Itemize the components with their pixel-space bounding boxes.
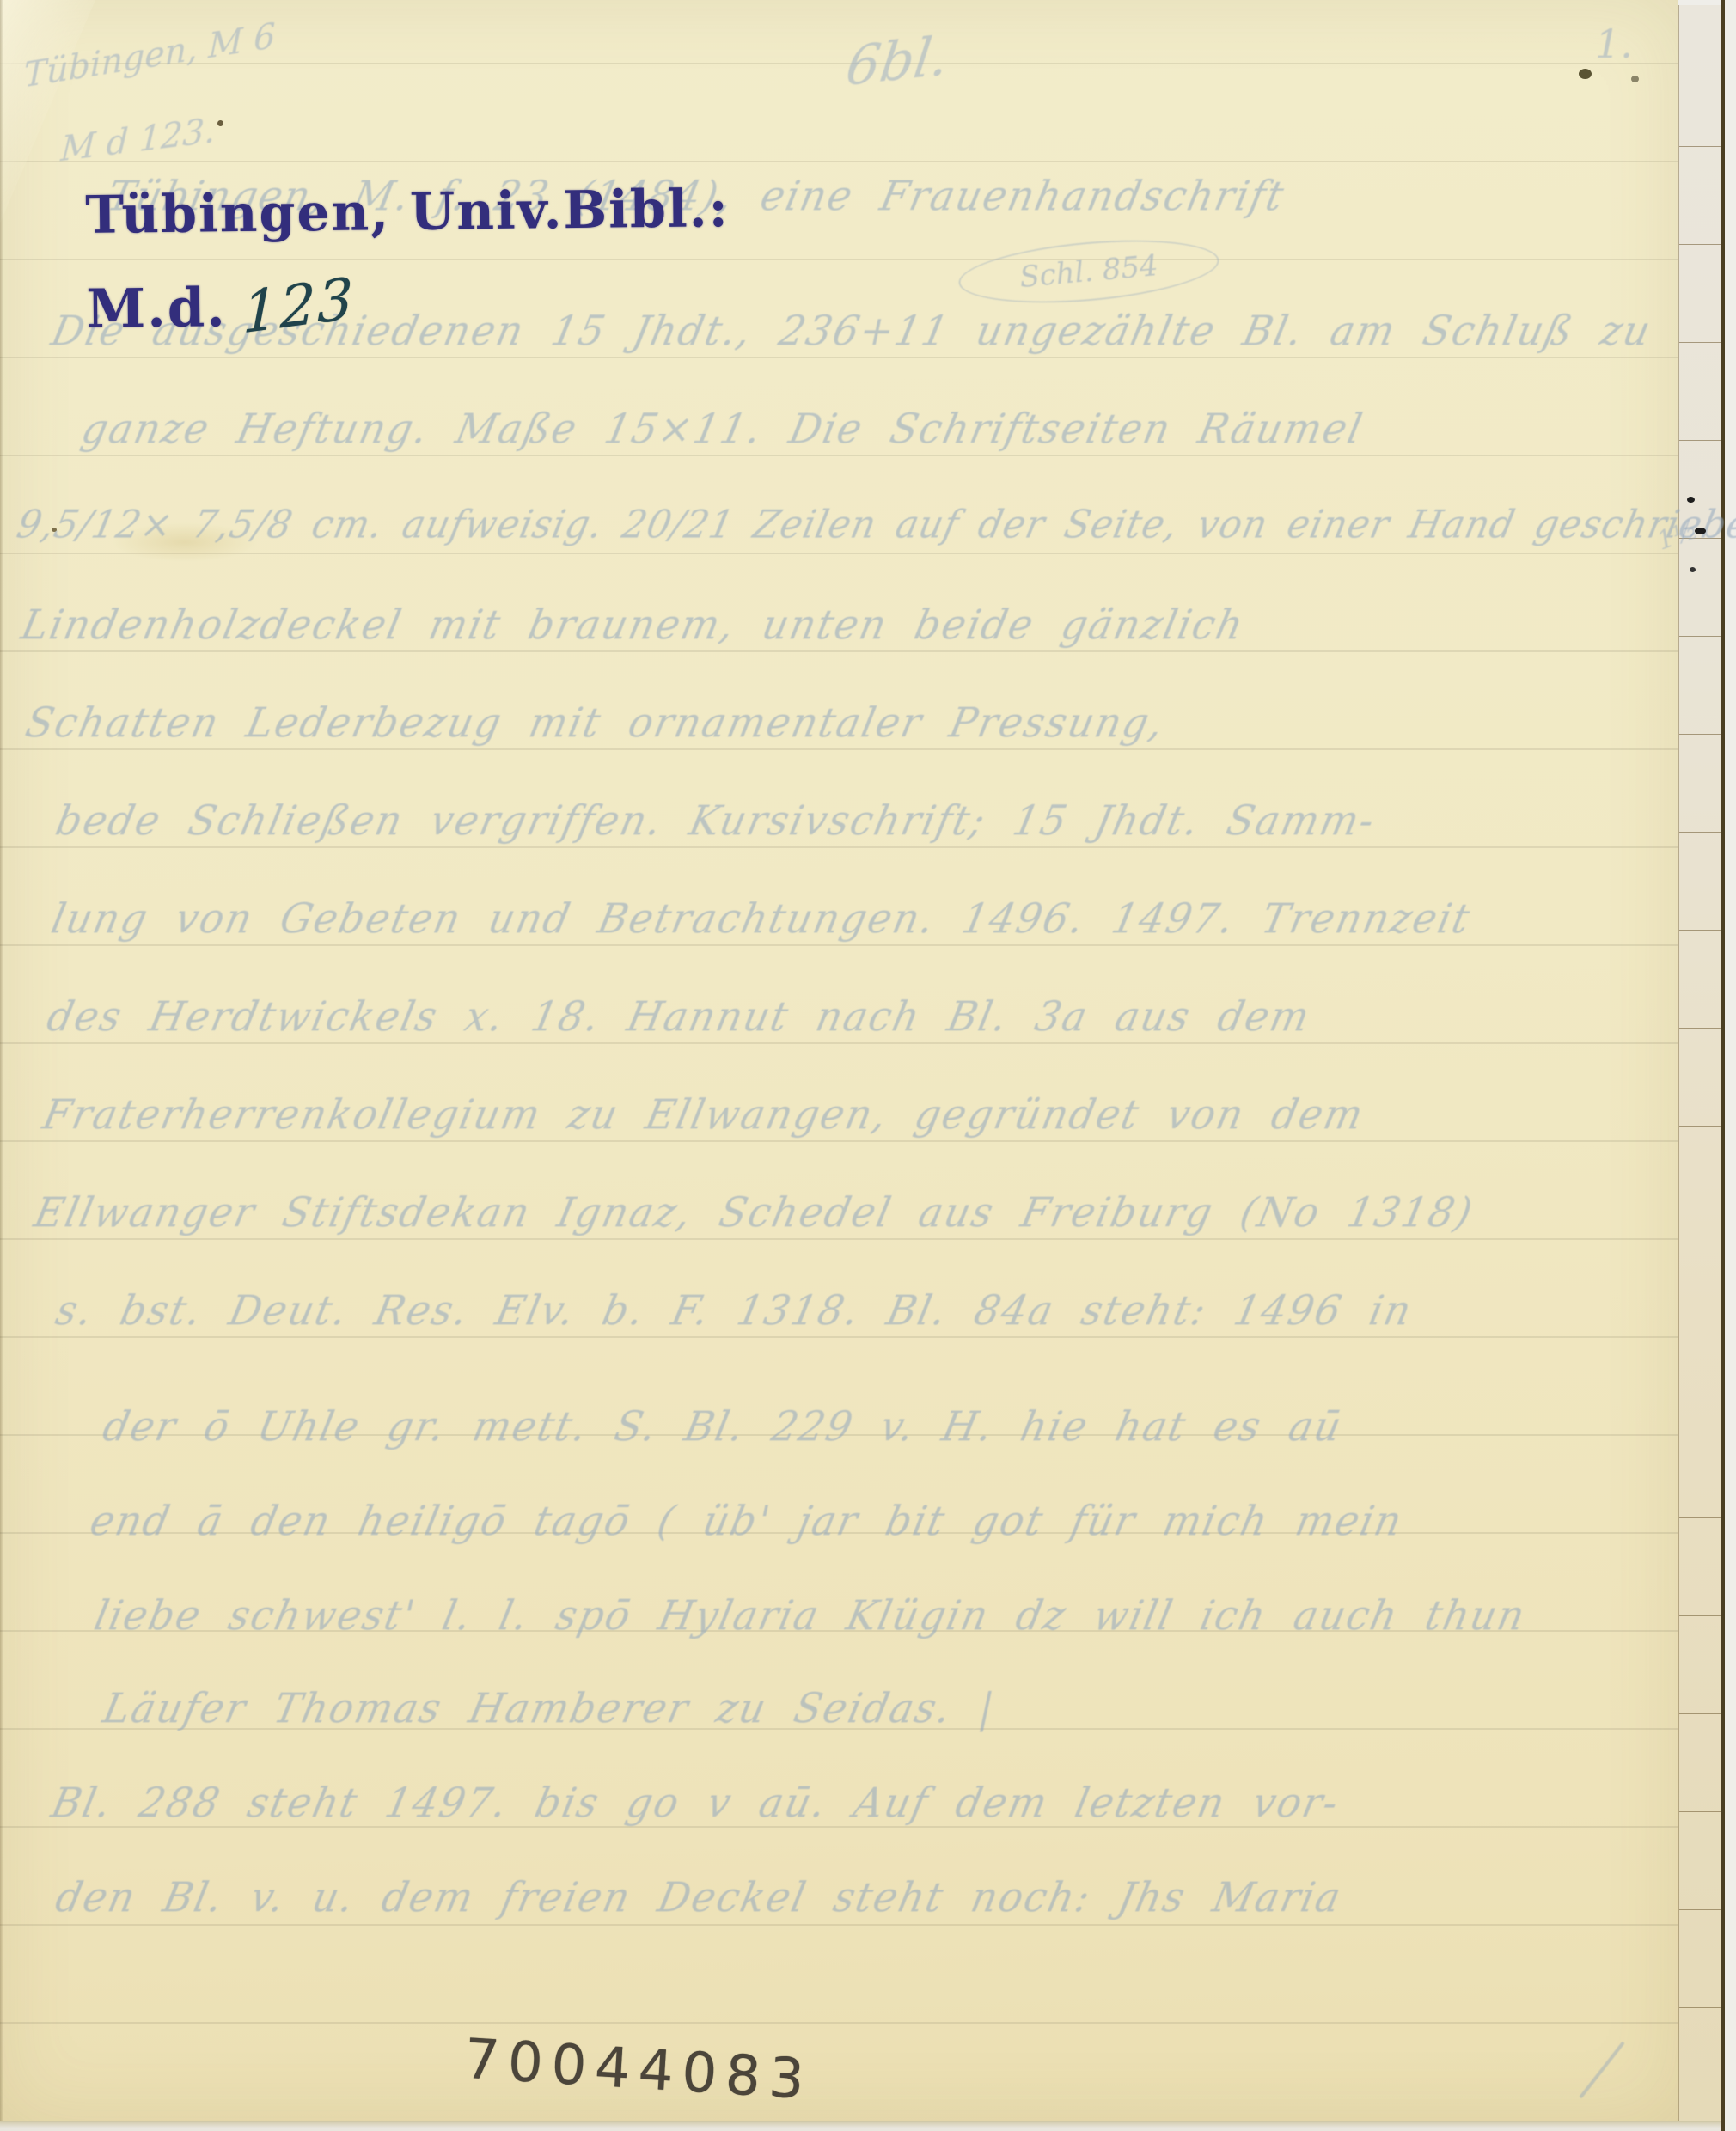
strip-segment-line [1679, 244, 1721, 245]
handwriting-line: end ā den heiligō tagō ( üb' jar bit got… [86, 1497, 1408, 1545]
handwriting-line: Schatten Lederbezug mit ornamentaler Pre… [21, 699, 1170, 747]
ruled-line [0, 748, 1678, 750]
handwriting-line: Läufer Thomas Hamberer zu Seidas. | [99, 1684, 999, 1732]
strip-segment-line [1679, 1517, 1721, 1518]
ruled-line [0, 1924, 1678, 1926]
strip-segment-line [1679, 440, 1721, 441]
library-stamp: Tübingen, Univ.Bibl.: M.d.123 [85, 179, 730, 341]
strip-segment-line [1679, 1028, 1721, 1029]
bottom-sheet-edge [0, 2121, 1725, 2131]
top-center-folio-note: 6bl. [842, 23, 952, 98]
strip-segment-line [1679, 1811, 1721, 1812]
scanned-page: Tübingen, M 6 M d 123. 6bl. 1. 1½ Tübing… [0, 0, 1736, 2131]
ruled-line [0, 944, 1678, 946]
dust-speck [1695, 528, 1706, 534]
dust-speck [1631, 76, 1639, 82]
strip-segment-line [1679, 734, 1721, 735]
ruled-line [0, 1238, 1678, 1240]
handwriting-line: den Bl. v. u. dem freien Deckel steht no… [52, 1873, 1347, 1921]
handwriting-line: Ellwanger Stiftsdekan Ignaz, Schedel aus… [30, 1188, 1478, 1236]
dust-speck [1687, 497, 1695, 503]
neighbor-page-edge [1678, 5, 1721, 2121]
scan-background [1725, 0, 1736, 2131]
shelfmark-number: 123 [242, 265, 355, 346]
dust-speck [217, 120, 223, 126]
ruled-line [0, 1336, 1678, 1338]
ruled-line [0, 650, 1678, 652]
strip-segment-line [1679, 1713, 1721, 1714]
handwriting-line: ganze Heftung. Maße 15×11. Die Schriftse… [77, 405, 1368, 453]
ruled-line [0, 63, 1678, 64]
handwriting-line: lung von Gebeten und Betrachtungen. 1496… [47, 895, 1476, 943]
handwriting-line: bede Schließen vergriffen. Kursivschrift… [52, 797, 1380, 845]
handwriting-line: der ō Uhle gr. mett. S. Bl. 229 v. H. hi… [99, 1402, 1347, 1450]
strip-segment-line [1679, 1909, 1721, 1910]
strip-segment-line [1679, 832, 1721, 833]
ruled-line [0, 357, 1678, 358]
strip-segment-line [1679, 1615, 1721, 1616]
strip-segment-line [1679, 1126, 1721, 1127]
ruled-line [0, 161, 1678, 162]
strip-segment-line [1679, 1322, 1721, 1322]
handwriting-line: liebe schwest' l. l. spō Hylaria Klügin … [90, 1591, 1531, 1639]
strip-segment-line [1679, 2007, 1721, 2008]
ruled-line [0, 1140, 1678, 1142]
strip-segment-line [1679, 930, 1721, 931]
strip-segment-line [1679, 636, 1721, 637]
dust-speck [52, 528, 57, 532]
ruled-line [0, 2022, 1678, 2024]
handwriting-line: Bl. 288 steht 1497. bis go v aū. Auf dem… [47, 1779, 1344, 1827]
stamp-shelfmark-line: M.d.123 [86, 268, 730, 341]
handwriting-line: Fraterherrenkollegium zu Ellwangen, gegr… [39, 1090, 1369, 1139]
dust-speck [1690, 567, 1696, 572]
handwriting-line: s. bst. Deut. Res. Elv. b. F. 1318. Bl. … [52, 1286, 1417, 1334]
handwriting-line: Lindenholzdeckel mit braunem, unten beid… [17, 601, 1249, 649]
ruled-line [0, 1042, 1678, 1044]
dust-speck [1579, 69, 1592, 79]
strip-segment-line [1679, 1224, 1721, 1224]
handwriting-line: des Herdtwickels x. 18. Hannut nach Bl. … [43, 992, 1315, 1041]
strip-segment-line [1679, 1420, 1721, 1420]
handwriting-line: 9,5/12× 7,5/8 cm. aufweisig. 20/21 Zeile… [13, 503, 1736, 547]
page-number: 1. [1595, 21, 1633, 67]
strip-segment-line [1679, 342, 1721, 343]
ruled-line [0, 846, 1678, 848]
strip-segment-line [1679, 146, 1721, 147]
shelfmark-label: M.d. [86, 276, 227, 340]
left-edge-shadow [0, 0, 3, 2121]
stamp-institution: Tübingen, Univ.Bibl.: [85, 179, 730, 246]
ruled-line [0, 455, 1678, 456]
